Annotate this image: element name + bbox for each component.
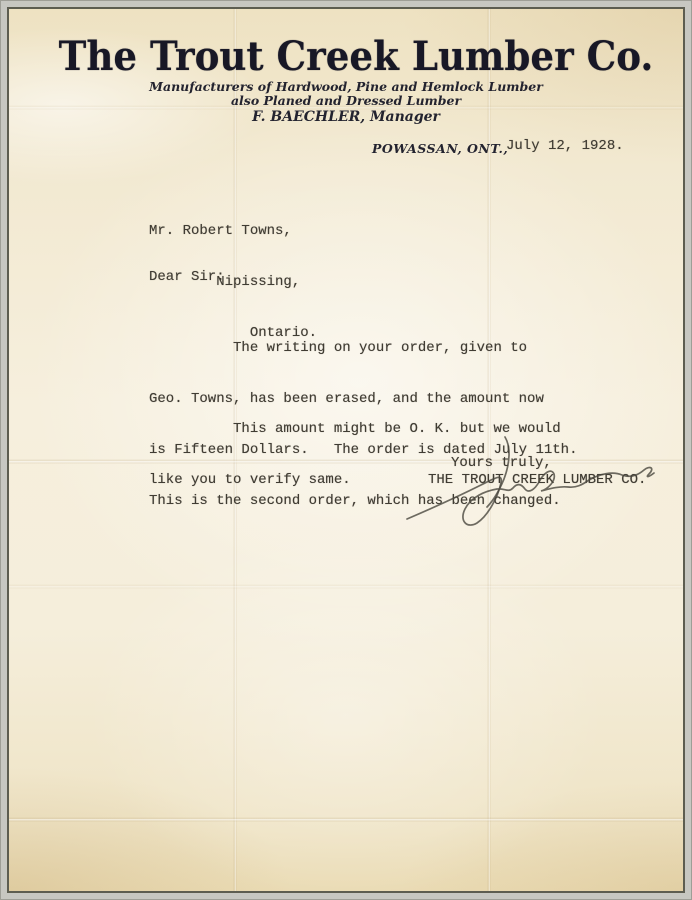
closing-phrase: Yours truly, — [451, 455, 552, 472]
recipient-line-1: Mr. Robert Towns, — [149, 223, 317, 240]
letterhead-place-line: POWASSAN, ONT., — [372, 141, 508, 156]
paragraph2-line-1: This amount might be O. K. but we would — [149, 421, 561, 438]
photo-frame-border: The Trout Creek Lumber Co. Manufacturers… — [7, 7, 685, 893]
horizontal-fold-crease-lower — [9, 584, 683, 589]
letterhead-manager-line: F. BAECHLER, Manager — [9, 109, 683, 125]
salutation: Dear Sir: — [149, 269, 225, 286]
company-name-masthead: The Trout Creek Lumber Co. — [43, 33, 670, 80]
scanned-letter: The Trout Creek Lumber Co. Manufacturers… — [0, 0, 692, 900]
closing-company-line: THE TROUT CREEK LUMBER CO. — [428, 472, 646, 489]
letterhead-tagline-2: also Planed and Dressed Lumber — [9, 93, 683, 108]
letter-date: July 12, 1928. — [506, 138, 624, 155]
paragraph1-line-1: The writing on your order, given to — [149, 340, 577, 357]
horizontal-fold-crease-bottom — [9, 817, 683, 822]
aged-paper-background: The Trout Creek Lumber Co. Manufacturers… — [9, 9, 683, 891]
letterhead-tagline-1: Manufacturers of Hardwood, Pine and Heml… — [9, 79, 683, 94]
